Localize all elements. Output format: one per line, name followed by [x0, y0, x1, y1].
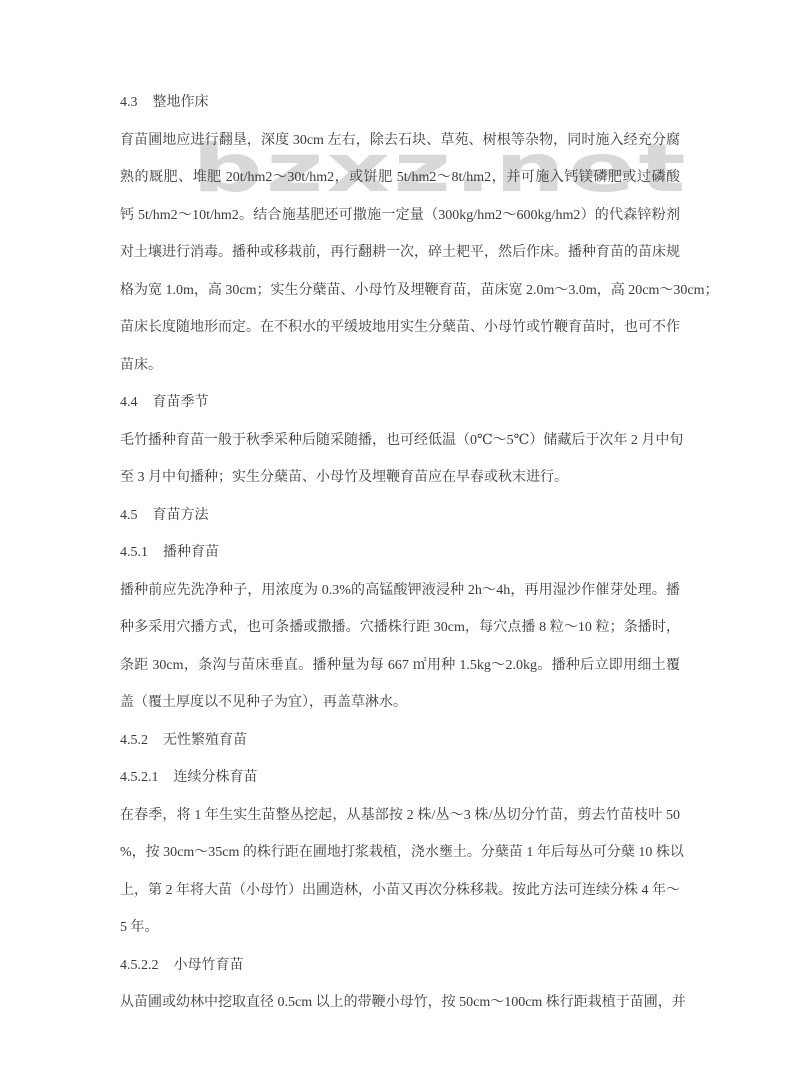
section-number: 4.5.2 [120, 733, 148, 748]
paragraph-line: 盖（覆土厚度以不见种子为宜），再盖草淋水。 [120, 684, 680, 722]
paragraph-line: 钙 5t/hm2～10t/hm2。结合施基肥还可撒施一定量（300kg/hm2～… [120, 197, 680, 235]
paragraph-line: 上，第 2 年将大苗（小母竹）出圃造林，小苗又再次分株移栽。按此方法可连续分株 … [120, 872, 680, 910]
paragraph-line: 对土壤进行消毒。播种或移栽前，再行翻耕一次，碎土耙平，然后作床。播种育苗的苗床规 [120, 234, 680, 272]
section-heading: 4.5.1播种育苗 [120, 534, 680, 572]
section-title: 连续分株育苗 [174, 770, 258, 785]
section-title: 整地作床 [153, 95, 209, 110]
paragraph-line: 在春季，将 1 年生实生苗整丛挖起，从基部按 2 株/丛～3 株/丛切分竹苗，剪… [120, 797, 680, 835]
section-heading: 4.5.2无性繁殖育苗 [120, 722, 680, 760]
section-number: 4.4 [120, 395, 138, 410]
section-title: 育苗方法 [153, 508, 209, 523]
paragraph-line: 至 3 月中旬播种；实生分蘖苗、小母竹及埋鞭育苗应在早春或秋末进行。 [120, 459, 680, 497]
paragraph-line: 播种前应先洗净种子，用浓度为 0.3%的高锰酸钾液浸种 2h～4h，再用湿沙作催… [120, 572, 680, 610]
paragraph-line: 毛竹播种育苗一般于秋季采种后随采随播，也可经低温（0℃～5℃）储藏后于次年 2 … [120, 422, 680, 460]
section-title: 播种育苗 [163, 545, 219, 560]
section-title: 小母竹育苗 [174, 958, 244, 973]
document-page: bzxz.net 4.3整地作床育苗圃地应进行翻垦，深度 30cm 左右，除去石… [0, 0, 800, 1090]
paragraph-line: 条距 30cm，条沟与苗床垂直。播种量为每 667 ㎡用种 1.5kg～2.0k… [120, 647, 680, 685]
section-heading: 4.4育苗季节 [120, 384, 680, 422]
section-number: 4.5.2.1 [120, 770, 159, 785]
paragraph-line: 种多采用穴播方式，也可条播或撒播。穴播株行距 30cm，每穴点播 8 粒～10 … [120, 609, 680, 647]
section-number: 4.5.2.2 [120, 958, 159, 973]
paragraph-line: 苗床。 [120, 347, 680, 385]
section-title: 育苗季节 [153, 395, 209, 410]
section-number: 4.5 [120, 508, 138, 523]
section-heading: 4.5.2.1连续分株育苗 [120, 759, 680, 797]
paragraph-line: %，按 30cm～35cm 的株行距在圃地打浆栽植，浇水壅土。分蘖苗 1 年后每… [120, 834, 680, 872]
section-number: 4.3 [120, 95, 138, 110]
paragraph-line: 育苗圃地应进行翻垦，深度 30cm 左右，除去石块、草苑、树根等杂物，同时施入经… [120, 122, 680, 160]
paragraph-line: 熟的厩肥、堆肥 20t/hm2～30t/hm2，或饼肥 5t/hm2～8t/hm… [120, 159, 680, 197]
paragraph-line: 5 年。 [120, 909, 680, 947]
document-content: 4.3整地作床育苗圃地应进行翻垦，深度 30cm 左右，除去石块、草苑、树根等杂… [120, 84, 680, 1022]
section-heading: 4.5.2.2小母竹育苗 [120, 947, 680, 985]
paragraph-line: 从苗圃或幼林中挖取直径 0.5cm 以上的带鞭小母竹，按 50cm～100cm … [120, 984, 680, 1022]
section-number: 4.5.1 [120, 545, 148, 560]
section-heading: 4.5育苗方法 [120, 497, 680, 535]
paragraph-line: 苗床长度随地形而定。在不积水的平缓坡地用实生分蘖苗、小母竹或竹鞭育苗时，也可不作 [120, 309, 680, 347]
paragraph-line: 格为宽 1.0m，高 30cm；实生分蘖苗、小母竹及埋鞭育苗，苗床宽 2.0m～… [120, 272, 680, 310]
section-title: 无性繁殖育苗 [163, 733, 247, 748]
section-heading: 4.3整地作床 [120, 84, 680, 122]
